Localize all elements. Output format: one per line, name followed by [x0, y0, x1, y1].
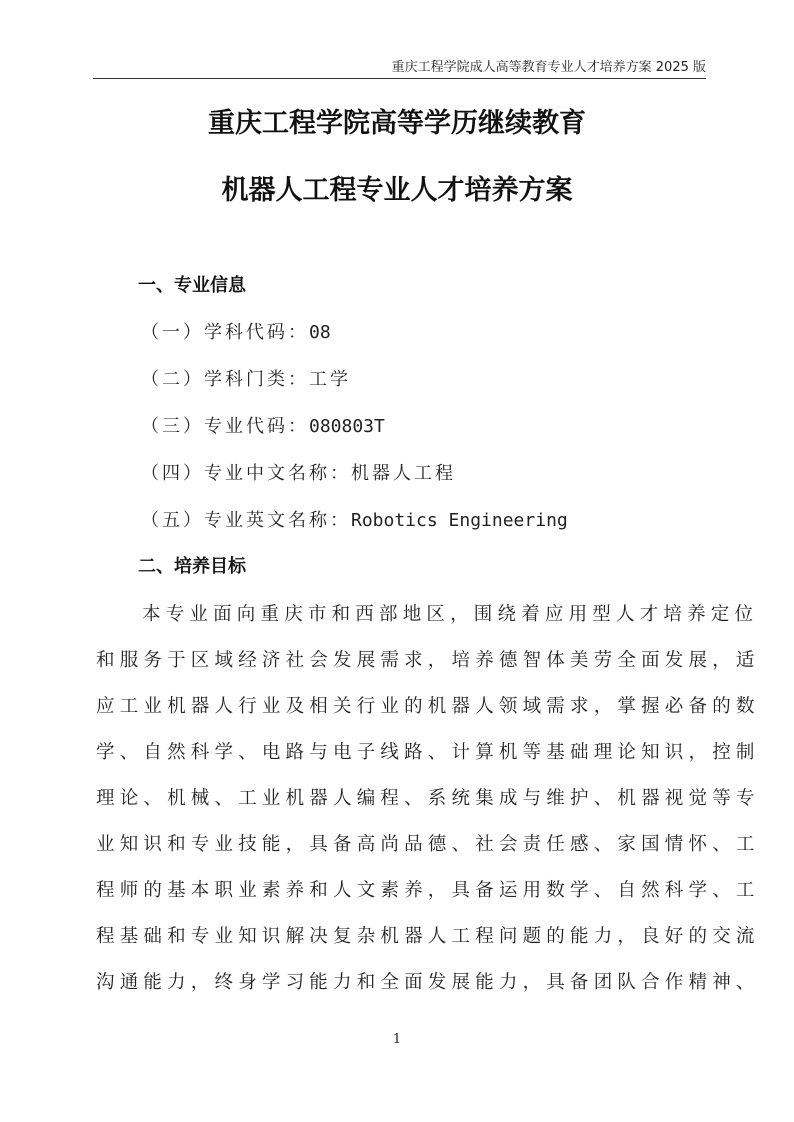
info-item-major-chinese-name: （四）专业中文名称：机器人工程: [141, 459, 456, 485]
info-item-major-code: （三）专业代码：080803T: [141, 412, 385, 438]
paragraph-line: 程基础和专业知识解决复杂机器人工程问题的能力，良好的交流: [96, 922, 706, 948]
info-item-prefix: （三）: [141, 416, 204, 437]
page-number: 1: [0, 1032, 794, 1047]
info-item-prefix: （四）: [141, 463, 204, 484]
section-heading-major-info: 一、专业信息: [138, 271, 246, 297]
info-item-major-english-name: （五）专业英文名称：Robotics Engineering: [141, 506, 568, 532]
info-item-discipline-category: （二）学科门类：工学: [141, 365, 351, 391]
info-item-prefix: （五）: [141, 510, 204, 531]
section-heading-training-objectives: 二、培养目标: [138, 552, 246, 578]
info-item-label: 专业英文名称：: [204, 510, 351, 531]
document-title-line-2: 机器人工程专业人才培养方案: [0, 168, 794, 207]
running-header: 重庆工程学院成人高等教育专业人才培养方案 2025 版: [93, 56, 706, 75]
info-item-value: 080803T: [309, 416, 385, 437]
info-item-label: 学科门类：: [204, 369, 309, 390]
paragraph-line: 沟通能力，终身学习能力和全面发展能力，具备团队合作精神、: [96, 968, 706, 994]
info-item-value: 机器人工程: [351, 463, 456, 484]
paragraph-line: 理论、机械、工业机器人编程、系统集成与维护、机器视觉等专: [96, 784, 706, 810]
info-item-label: 学科代码：: [204, 322, 309, 343]
paragraph-line: 学、自然科学、电路与电子线路、计算机等基础理论知识，控制: [96, 738, 706, 764]
paragraph-line: 业知识和专业技能，具备高尚品德、社会责任感、家国情怀、工: [96, 830, 706, 856]
info-item-value: 08: [309, 322, 331, 343]
paragraph-line: 应工业机器人行业及相关行业的机器人领域需求，掌握必备的数: [96, 692, 706, 718]
paragraph-line: 和服务于区域经济社会发展需求，培养德智体美劳全面发展，适: [96, 646, 706, 672]
info-item-prefix: （二）: [141, 369, 204, 390]
info-item-value: 工学: [309, 369, 351, 390]
info-item-prefix: （一）: [141, 322, 204, 343]
document-title-line-1: 重庆工程学院高等学历继续教育: [0, 101, 794, 140]
header-rule: [93, 78, 706, 79]
paragraph-line: 程师的基本职业素养和人文素养，具备运用数学、自然科学、工: [96, 876, 706, 902]
paragraph-line: 本专业面向重庆市和西部地区，围绕着应用型人才培养定位: [142, 600, 752, 626]
info-item-label: 专业中文名称：: [204, 463, 351, 484]
info-item-discipline-code: （一）学科代码：08: [141, 318, 331, 344]
info-item-label: 专业代码：: [204, 416, 309, 437]
info-item-value: Robotics Engineering: [351, 510, 568, 531]
